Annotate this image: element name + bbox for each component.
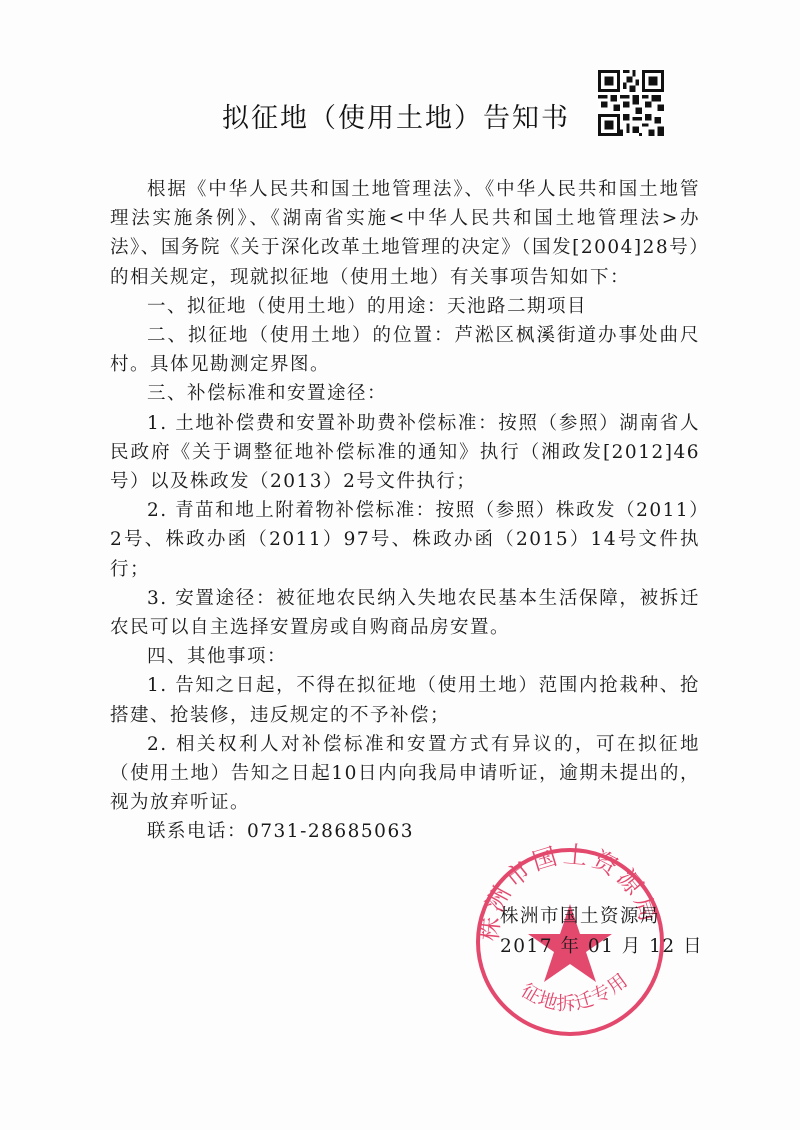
compensation-heading: 三、补偿标准和安置途径： bbox=[110, 379, 700, 408]
other-matters-item-2: 2. 相关权利人对补偿标准和安置方式有异议的，可在拟征地（使用土地）告知之日起1… bbox=[110, 730, 700, 818]
qr-code-icon bbox=[598, 70, 664, 136]
document-body: 根据《中华人民共和国土地管理法》、《中华人民共和国土地管理法实施条例》、《湖南省… bbox=[110, 175, 700, 847]
intro-paragraph: 根据《中华人民共和国土地管理法》、《中华人民共和国土地管理法实施条例》、《湖南省… bbox=[110, 175, 700, 292]
other-matters-heading: 四、其他事项： bbox=[110, 642, 700, 671]
issuer-name: 株洲市国土资源局 bbox=[500, 902, 703, 932]
document-page: 拟征地（使用土地）告知书 根据《中华人民共和国土地管理法》、《中华人民共和国土地… bbox=[0, 0, 800, 1130]
other-matters-item-1: 1. 告知之日起，不得在拟征地（使用土地）范围内抢栽种、抢搭建、抢装修，违反规定… bbox=[110, 671, 700, 729]
issue-date: 2017 年 01 月 12 日 bbox=[500, 932, 703, 962]
compensation-item-2: 2. 青苗和地上附着物补偿标准：按照（参照）株政发（2011）2号、株政办函（2… bbox=[110, 496, 700, 584]
compensation-item-3: 3. 安置途径：被征地农民纳入失地农民基本生活保障，被拆迁农民可以自主选择安置房… bbox=[110, 584, 700, 642]
compensation-item-1: 1. 土地补偿费和安置补助费补偿标准：按照（参照）湖南省人民政府《关于调整征地补… bbox=[110, 409, 700, 497]
land-use-item: 一、拟征地（使用土地）的用途：天池路二期项目 bbox=[110, 292, 700, 321]
signature-block: 株洲市国土资源局 2017 年 01 月 12 日 bbox=[500, 902, 703, 962]
land-location-item: 二、拟征地（使用土地）的位置：芦淞区枫溪街道办事处曲尺村。具体见勘测定界图。 bbox=[110, 321, 700, 379]
document-title: 拟征地（使用土地）告知书 bbox=[222, 96, 570, 135]
